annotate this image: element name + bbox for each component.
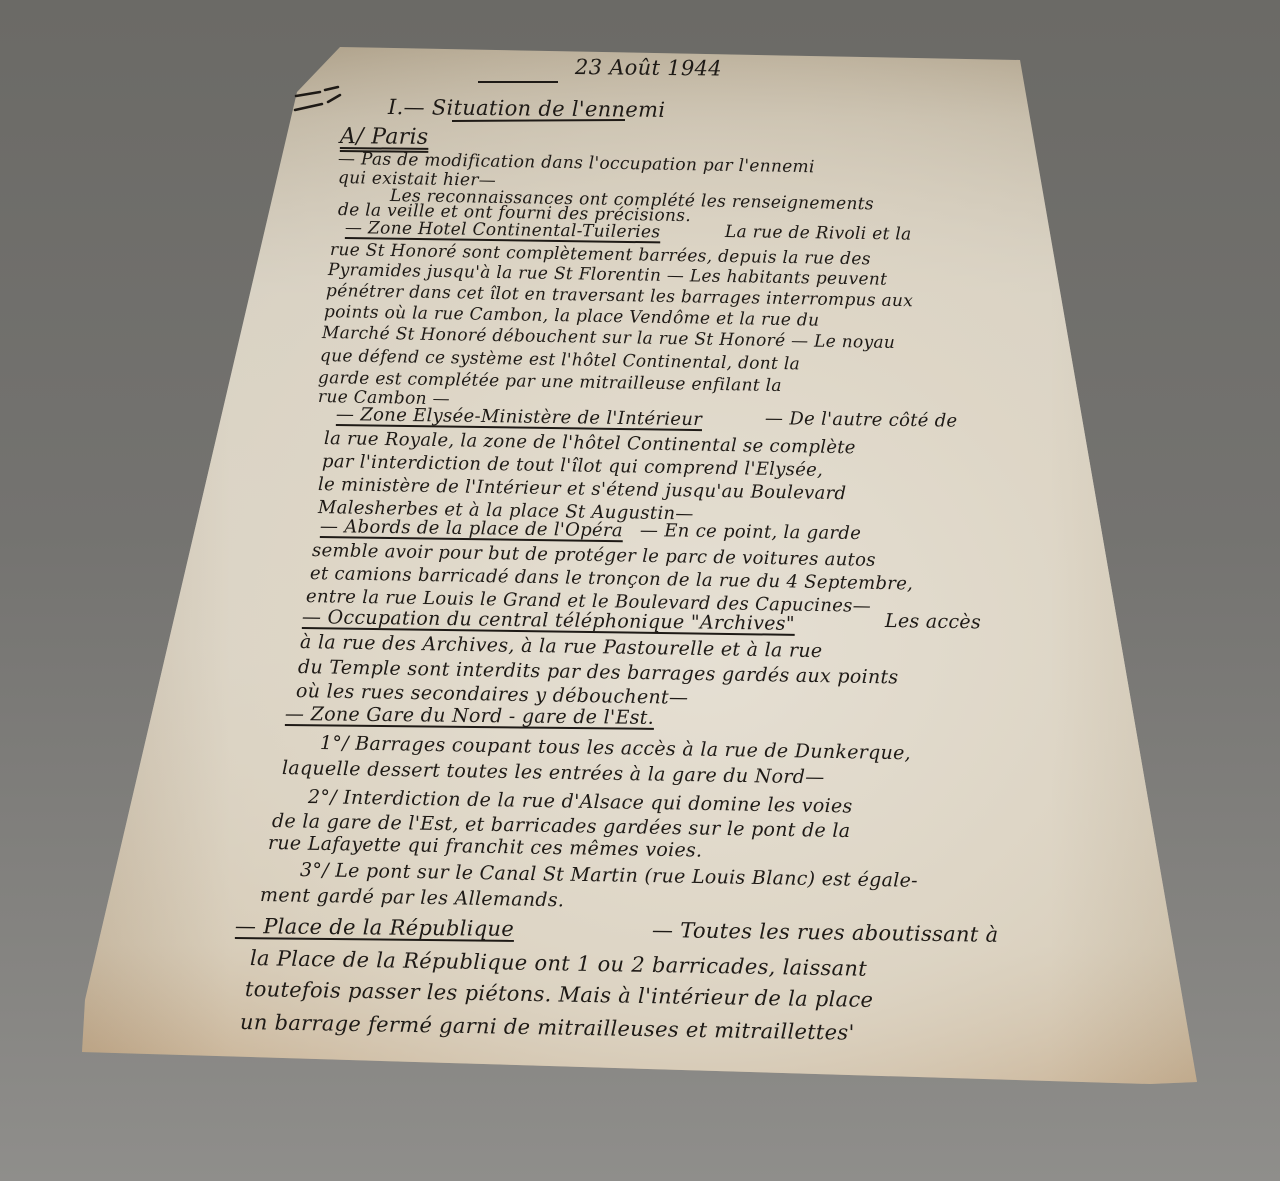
text-line: — Toutes les rues aboutissant à	[652, 918, 999, 947]
text-line: La rue de Rivoli et la	[725, 222, 912, 245]
paragraph-heading: — Zone Gare du Nord - gare de l'Est.	[285, 703, 654, 729]
paragraph-heading: — Place de la République	[235, 914, 514, 941]
paragraph-heading: — Abords de la place de l'Opéra	[320, 516, 623, 541]
section-heading: I.— Situation de l'ennemi	[388, 95, 666, 122]
text-line: — De l'autre côté de	[765, 408, 958, 432]
document-date: 23 Août 1944	[575, 55, 722, 81]
text-line: Les accès	[885, 610, 981, 633]
text-line: — En ce point, la garde	[640, 520, 861, 544]
subsection-heading: A/ Paris	[340, 124, 429, 150]
